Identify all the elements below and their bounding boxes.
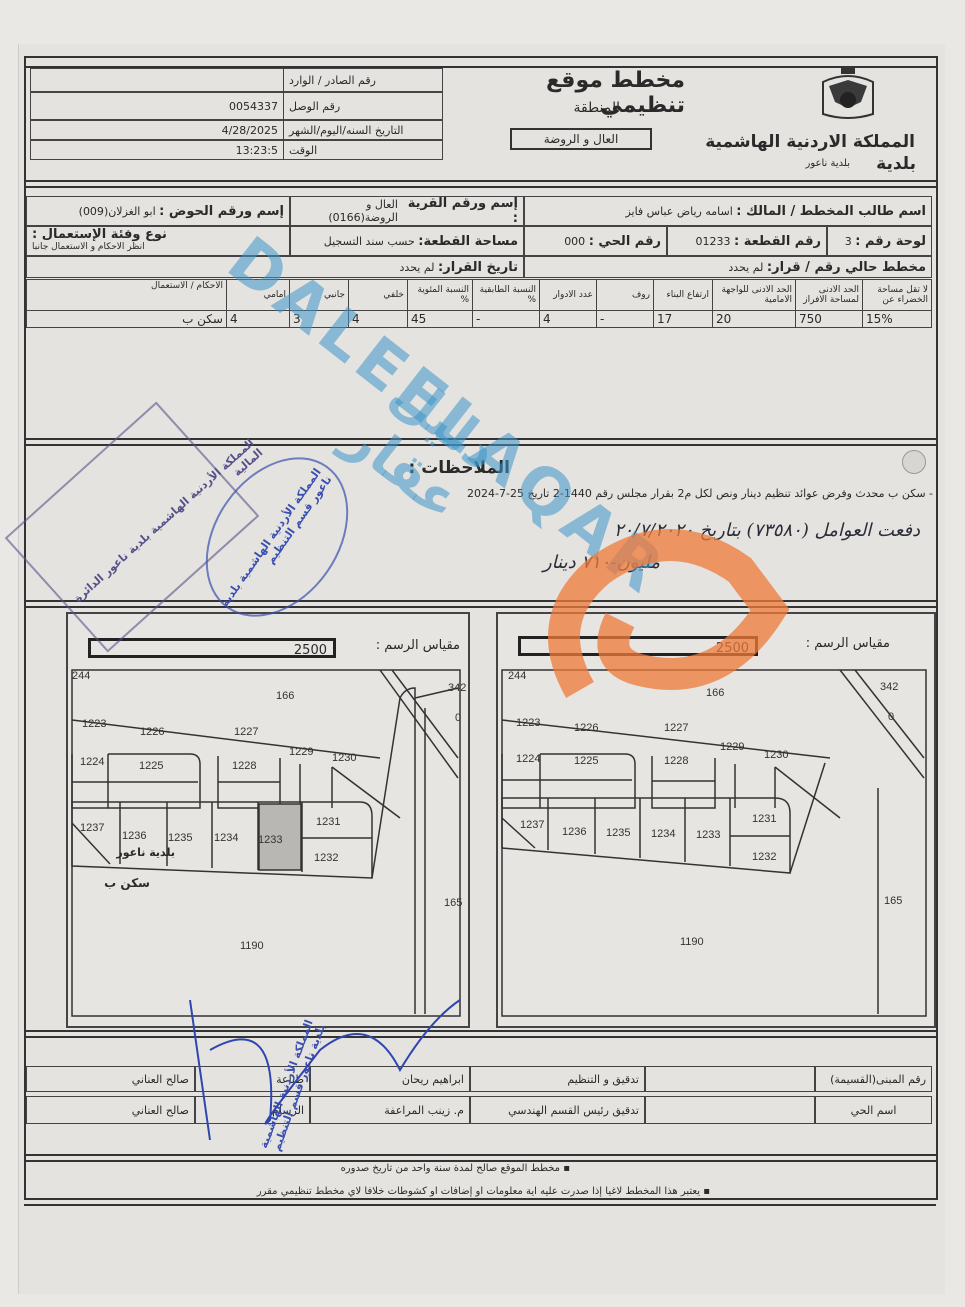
spec-header: النسبة الطابقية % (473, 280, 540, 311)
municipality-label: بلدية (860, 154, 916, 174)
specs-header-row: لا تقل مساحة الخضراء عن الحد الادنى لمسا… (27, 280, 932, 311)
spec-header: ارتفاع البناء (654, 280, 713, 311)
watermark-logo-icon (520, 500, 790, 720)
parcel-label: 1233 (696, 829, 720, 841)
parcel-label: 1224 (516, 753, 540, 765)
footer-bullet-text: مخطط الموقع صالح لمدة سنة واحد من تاريخ … (341, 1163, 560, 1174)
parcel-label: 166 (276, 690, 294, 702)
spec-header: عدد الادوار (540, 280, 597, 311)
parcel-label: 1237 (80, 822, 104, 834)
current-plan-label: مخطط حالي رقم / قرار: (767, 260, 926, 275)
district-name-label: اسم الحي (815, 1096, 932, 1124)
issued-value (30, 68, 284, 92)
date-value: 4/28/2025 (30, 120, 284, 140)
footer-bullet: ▪ مخطط الموقع صالح لمدة سنة واحد من تاري… (280, 1163, 570, 1174)
parcel-label: 0 (888, 711, 894, 723)
receipt-value: 0054337 (30, 92, 284, 120)
parcel-label: 1231 (752, 813, 776, 825)
parcel-label: 1224 (80, 756, 104, 768)
check-org-label: تدقيق و التنظيم (470, 1066, 645, 1092)
spec-value: - (473, 311, 540, 328)
parcel-label: 1232 (752, 851, 776, 863)
parcel-label: 1229 (720, 741, 744, 753)
spec-header: الاحكام / الاستعمال (27, 280, 227, 311)
parcel-row: رقم القطعة : 01233 (667, 226, 827, 256)
spec-value: 45 (408, 311, 473, 328)
current-plan-row: مخطط حالي رقم / قرار: لم يحدد (524, 256, 932, 278)
parcel-label: 1190 (680, 936, 704, 948)
scale-label: مقياس الرسم : (790, 636, 890, 651)
parcel-label: 1226 (574, 722, 598, 734)
basin-label: إسم ورقم الحوض : (159, 204, 284, 219)
parcel-label: 0 (455, 712, 461, 724)
decision-date-value: لم يحدد (400, 261, 435, 274)
parcel-label: 1223 (82, 718, 106, 730)
spec-value: 15% (863, 311, 932, 328)
punch-hole (902, 450, 926, 474)
footer-bullet-text: يعتبر هذا المخطط لاغيا إذا صدرت عليه اية… (257, 1186, 700, 1197)
area-label: مساحة القطعة: (418, 234, 518, 249)
footer-bullet: ▪ يعتبر هذا المخطط لاغيا إذا صدرت عليه ا… (80, 1186, 710, 1197)
parcel-label: 1228 (232, 760, 256, 772)
building-label: رقم المبنى(القسيمة) (815, 1066, 932, 1092)
district-value: 000 (564, 235, 585, 248)
parcel-label: 1229 (289, 746, 313, 758)
parcel-value: 01233 (695, 235, 730, 248)
municipality-name: بلدية ناعور (760, 158, 850, 169)
parcel-label: 1227 (234, 726, 258, 738)
district-row: رقم الحي : 000 (524, 226, 667, 256)
building-specs-table: لا تقل مساحة الخضراء عن الحد الادنى لمسا… (26, 279, 932, 328)
area-value: حسب سند التسجيل (324, 235, 415, 248)
village-label: إسم ورقم القرية : (401, 196, 518, 226)
spec-value: 20 (713, 311, 796, 328)
owner-row: اسم طالب المخطط / المالك : اسامه رياض عب… (524, 196, 932, 226)
jordan-coat-of-arms-icon (815, 62, 881, 124)
check-head-label: تدقيق رئيس القسم الهندسي (470, 1096, 645, 1124)
time-label: الوقت (283, 140, 443, 160)
usage-value: انظر الاحكام و الاستعمال جانبا (32, 241, 145, 253)
village-row: إسم ورقم القرية : العال و الروضة(0166) (290, 196, 524, 226)
owner-label: اسم طالب المخطط / المالك : (736, 204, 926, 219)
parcel-label: 1232 (314, 852, 338, 864)
bottom-rule (24, 1204, 936, 1206)
building-value (645, 1066, 815, 1092)
receipt-label: رقم الوصل (283, 92, 443, 120)
parcel-label: 342 (880, 681, 898, 693)
usage-label: نوع وفئة الإستعمال : (32, 229, 167, 241)
parcel-label: 1225 (139, 760, 163, 772)
parcel-label: 342 (448, 682, 466, 694)
district-name-value (645, 1096, 815, 1124)
parcel-label: 1226 (140, 726, 164, 738)
current-parcel-plot (500, 668, 928, 1018)
section-divider (24, 180, 936, 188)
issued-label: رقم الصادر / الوارد (283, 68, 443, 92)
spec-value: 4 (540, 311, 597, 328)
notes-line: - سكن ب محدث وفرض عوائد تنظيم دينار ونص … (395, 487, 933, 500)
parcel-label: 1228 (664, 755, 688, 767)
parcel-label: 1235 (168, 832, 192, 844)
parcel-label: 1190 (240, 940, 264, 952)
spec-header: الحد الادنى للواجهة الامامية (713, 280, 796, 311)
basin-row: إسم ورقم الحوض : ابو الغزلان(009) (26, 196, 290, 226)
district-label: رقم الحي : (589, 234, 661, 249)
spec-header: لا تقل مساحة الخضراء عن (863, 280, 932, 311)
parcel-label: 1231 (316, 816, 340, 828)
time-value: 13:23:5 (30, 140, 284, 160)
spec-value: 17 (654, 311, 713, 328)
region-label: المنطقة (520, 100, 620, 116)
date-label: التاريخ السنه/اليوم/الشهر (283, 120, 443, 140)
spec-header: النسبة المئوية % (408, 280, 473, 311)
parcel-label: 1225 (574, 755, 598, 767)
sheet-row: لوحة رقم : 3 (827, 226, 932, 256)
region-value: العال و الروضة (510, 128, 652, 150)
parcel-label: 1236 (562, 826, 586, 838)
scale-label: مقياس الرسم : (360, 638, 460, 653)
parcel-label: 1230 (764, 749, 788, 761)
section-divider (24, 1030, 936, 1038)
spec-value: 750 (796, 311, 863, 328)
signature-mark (170, 990, 470, 1140)
spec-header: الحد الادنى لمساحة الافراز (796, 280, 863, 311)
area-row: مساحة القطعة: حسب سند التسجيل (290, 226, 524, 256)
specs-value-row: 15% 750 20 17 - 4 - 45 4 3 4 سكن ب (27, 311, 932, 328)
parcel-label: 1234 (651, 828, 675, 840)
parcel-label: رقم القطعة : (734, 234, 821, 249)
section-divider (24, 1154, 936, 1162)
sheet-label: لوحة رقم : (855, 234, 926, 249)
country-name: المملكة الاردنية الهاشمية (700, 132, 915, 152)
spec-header: روف (597, 280, 654, 311)
scale-value: 2500 (88, 638, 336, 658)
sheet-value: 3 (845, 235, 852, 248)
parcel-label: 165 (884, 895, 902, 907)
parcel-label: 1230 (332, 752, 356, 764)
spec-value: سكن ب (27, 311, 227, 328)
parcel-label highlighted: 1233 (258, 834, 282, 846)
parcel-label: 244 (72, 670, 90, 682)
parcel-label: 1237 (520, 819, 544, 831)
parcel-label: 165 (444, 897, 462, 909)
decision-date-label: تاريخ القرار: (438, 260, 518, 275)
parcel-label: 1235 (606, 827, 630, 839)
map-zone-label: سكن ب (100, 876, 150, 890)
owner-value: اسامه رياض عباس فايز (625, 205, 732, 218)
parcel-label: 1234 (214, 832, 238, 844)
map-municipality-label: بلدية ناعور (95, 846, 175, 859)
village-value: العال و الروضة(0166) (296, 198, 398, 224)
current-plan-value: لم يحدد (728, 261, 763, 274)
basin-value: ابو الغزلان(009) (79, 205, 156, 218)
spec-value: - (597, 311, 654, 328)
parcel-label: 1227 (664, 722, 688, 734)
parcel-label: 1236 (122, 830, 146, 842)
